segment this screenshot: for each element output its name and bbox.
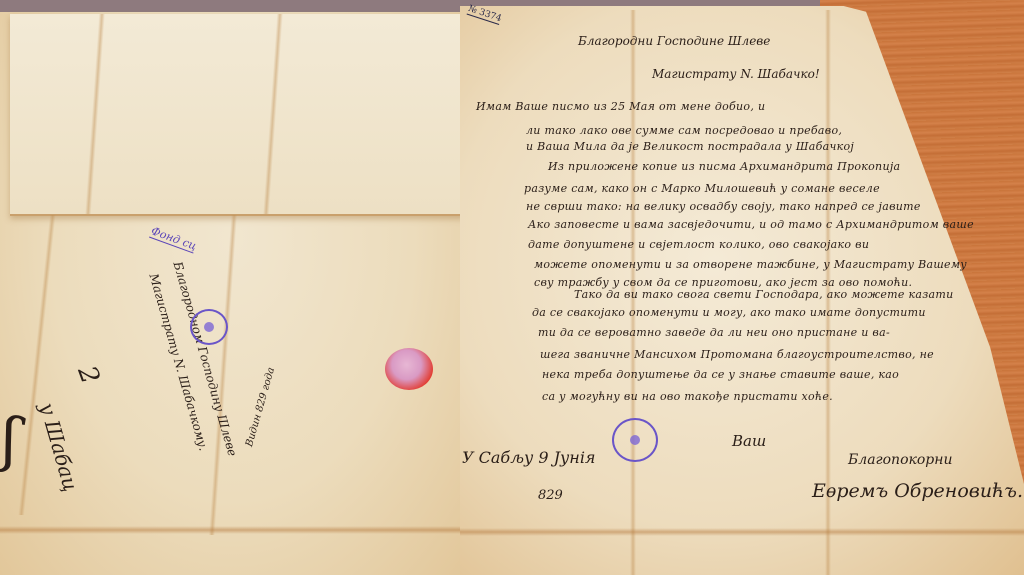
letter-line: разуме сам, како он с Марко Милошевић у …	[524, 182, 880, 195]
letter-line: да се свакојако опоменути и могу, ако та…	[532, 306, 926, 319]
envelope-top-flap	[10, 14, 465, 216]
signoff: Благопокорни	[848, 452, 953, 468]
place-date: У Сабљу 9 Јунія	[462, 448, 596, 467]
letter-line: ти да се вероватно заведе да ли неи оно …	[538, 326, 890, 339]
letter-line: можете опоменути и за отворене тажбине, …	[534, 258, 967, 271]
letter-line: Ако заповесте и вама засвједочити, и од …	[528, 218, 974, 231]
letter-line: Из приложене копие из писма Архимандрита…	[548, 160, 900, 173]
archive-stamp-letter	[612, 418, 658, 462]
letter-line: Имам Ваше писмо из 25 Мая от мене добио,…	[476, 100, 765, 113]
letter-line: ли тако лако ове сумме сам посредовао и …	[526, 124, 842, 137]
letter-line: шега званичне Мансихом Протомана благоус…	[540, 348, 934, 361]
letter-closing: Ваш	[732, 432, 766, 450]
letter-line: Тако да ви тако свога свети Господара, а…	[574, 288, 954, 301]
document-photo: Фонд сц Благородном Господину Шлеве Маги…	[0, 0, 1024, 575]
salutation-title: Благородни Господине Шлеве	[578, 34, 770, 48]
year: 829	[538, 488, 563, 503]
letter-line: и Ваша Мила да је Великост пострадала у …	[526, 140, 854, 153]
letter-line: нека треба допуштење да се у знање стави…	[542, 368, 899, 381]
letter-line: не сврши тако: на велику освадбу своју, …	[526, 200, 921, 213]
salutation-recipient: Магистрату N. Шабачко!	[652, 67, 820, 81]
archive-stamp-envelope	[190, 309, 228, 345]
letter-line: дате допуштене и свјетлост колико, ово с…	[528, 238, 869, 251]
signature: Еѳремъ Обреновићъ.	[812, 480, 1023, 502]
wax-seal	[385, 348, 433, 390]
letter-line: са у могућну ви на ово такође пристати х…	[542, 390, 833, 403]
